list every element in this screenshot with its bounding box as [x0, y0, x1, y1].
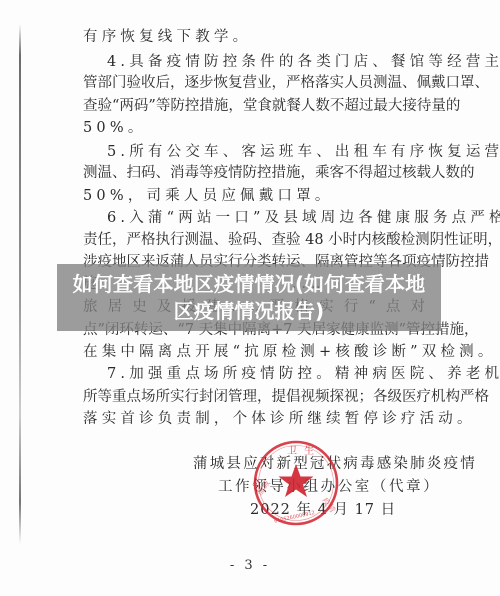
- body-line: 50%，司乘人员应佩戴口罩。: [83, 186, 334, 206]
- page-edge-line: [19, 24, 21, 544]
- body-line: 50%。: [83, 118, 147, 138]
- signature-date: 2022 年 4 月 17 日: [250, 500, 396, 520]
- body-line: 查验“两码”等防控措施，堂食就餐人数不超过最大接待量的: [83, 96, 425, 116]
- body-line: 7.加强重点场所疫情防控。精神病医院、养老机构、羁押场: [107, 364, 500, 384]
- body-line: 责任，严格执行测温、验码、查验 48 小时内核酸检测阴性证明，: [83, 230, 425, 250]
- title-overlay-banner: 如何查看本地区疫情情况(如何查看本地区疫情情况报告): [57, 264, 441, 331]
- body-line: 有序恢复线下教学。: [83, 27, 251, 47]
- body-line: 所等重点场所实行封闭管理，提倡视频探视；各级医疗机构严格: [83, 387, 425, 407]
- signature-office: 工作领导小组办公室（代章）: [218, 477, 440, 497]
- body-line: 测温、扫码、消毒等疫情防控措施，乘客不得超过核载人数的: [83, 163, 425, 183]
- body-line: 4.具备疫情防控条件的各类门店、餐馆等经营主体经行业主: [107, 52, 500, 72]
- body-line: 5.所有公交车、客运班车、出租车有序恢复运营，严格落实: [107, 142, 500, 162]
- body-line: 6.入蒲“两站一口”及县域周边各健康服务点严格履行查验: [107, 208, 500, 228]
- body-line: 管部门验收后，逐步恢复营业，严格落实人员测温、佩戴口罩、: [83, 73, 425, 93]
- body-line: 落实首诊负责制，个体诊所继续暂停诊疗活动。: [83, 409, 476, 429]
- document-page: 有序恢复线下教学。 4.具备疫情防控条件的各类门店、餐馆等经营主体经行业主 管部…: [0, 0, 500, 596]
- overlay-title: 如何查看本地区疫情情况(如何查看本地区疫情情况报告): [64, 271, 434, 325]
- page-number: - 3 -: [0, 558, 500, 573]
- signature-organization: 蒲城县应对新型冠状病毒感染肺炎疫情: [193, 454, 477, 474]
- body-line: 在集中隔离点开展“抗原检测+核酸诊断”双检测。: [83, 342, 497, 362]
